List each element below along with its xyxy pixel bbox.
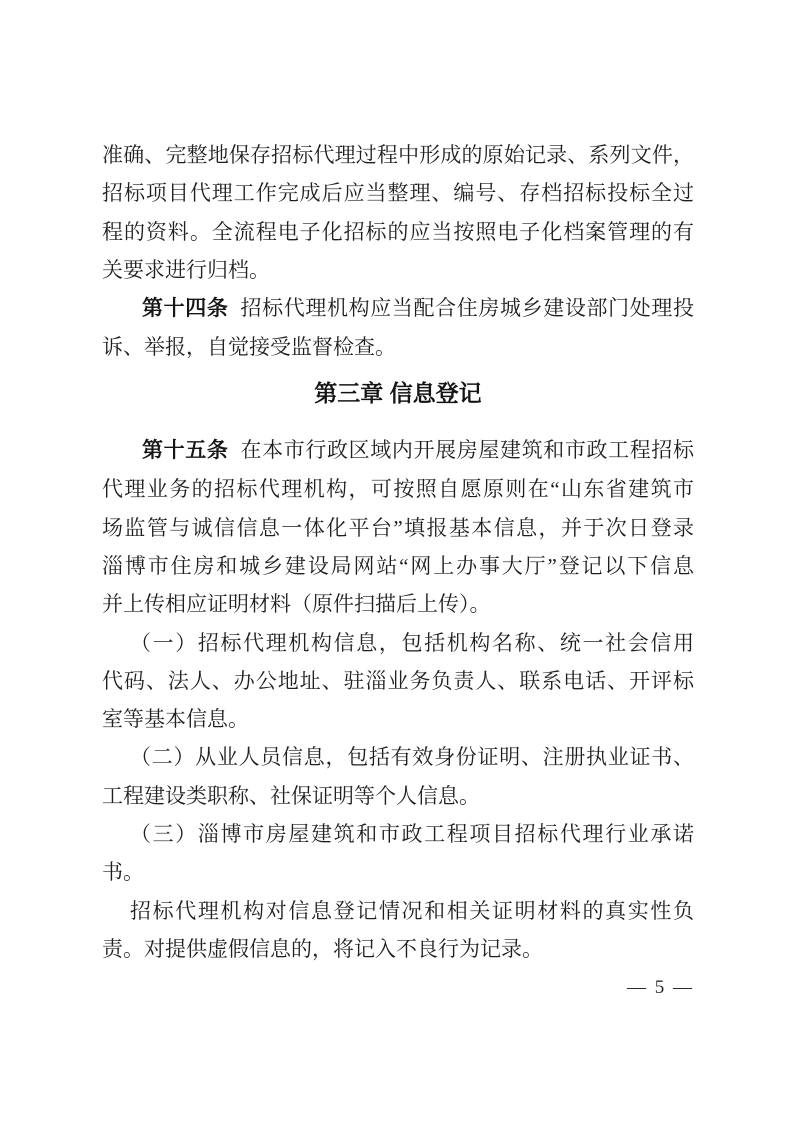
list-item-2: （二）从业人员信息，包括有效身份证明、注册执业证书、 工程建设类职称、社保证明等… <box>102 738 694 815</box>
document-body: 准确、完整地保存招标代理过程中形成的原始记录、系列文件， 招标项目代理工作完成后… <box>102 136 694 968</box>
page-number: — 5 — <box>627 977 694 999</box>
article-14-number: 第十四条 <box>142 297 229 320</box>
article-15-number: 第十五条 <box>142 439 229 462</box>
text-line: 第十五条在本市行政区域内开展房屋建筑和市政工程招标 <box>102 431 694 470</box>
text-line: （一）招标代理机构信息，包括机构名称、统一社会信用 <box>102 624 694 662</box>
text-line: 诉、举报，自觉接受监督检查。 <box>102 328 694 366</box>
text-line: （三）淄博市房屋建筑和市政工程项目招标代理行业承诺 <box>102 815 694 853</box>
text-line: 责。对提供虚假信息的，将记入不良行为记录。 <box>102 930 694 968</box>
text-line: 招标代理机构对信息登记情况和相关证明材料的真实性负 <box>102 892 694 930</box>
text-line: 招标项目代理工作完成后应当整理、编号、存档招标投标全过 <box>102 174 694 212</box>
document-page: 准确、完整地保存招标代理过程中形成的原始记录、系列文件， 招标项目代理工作完成后… <box>0 0 793 1122</box>
text-line: 工程建设类职称、社保证明等个人信息。 <box>102 777 694 815</box>
text-line: 并上传相应证明材料（原件扫描后上传）。 <box>102 585 694 623</box>
text-line: 准确、完整地保存招标代理过程中形成的原始记录、系列文件， <box>102 136 694 174</box>
text-line: 关要求进行归档。 <box>102 251 694 289</box>
chapter-heading: 第三章 信息登记 <box>102 374 694 412</box>
text-line: 第十四条招标代理机构应当配合住房城乡建设部门处理投 <box>102 289 694 328</box>
text-segment: 在本市行政区域内开展房屋建筑和市政工程招标 <box>241 438 695 462</box>
text-line: 淄博市住房和城乡建设局网站“网上办事大厅”登记以下信息 <box>102 547 694 585</box>
list-item-1: （一）招标代理机构信息，包括机构名称、统一社会信用 代码、法人、办公地址、驻淄业… <box>102 624 694 739</box>
paragraph-article-14: 第十四条招标代理机构应当配合住房城乡建设部门处理投 诉、举报，自觉接受监督检查。 <box>102 289 694 367</box>
list-item-3: （三）淄博市房屋建筑和市政工程项目招标代理行业承诺 书。 <box>102 815 694 892</box>
paragraph-accountability: 招标代理机构对信息登记情况和相关证明材料的真实性负 责。对提供虚假信息的，将记入… <box>102 892 694 969</box>
text-line: 代码、法人、办公地址、驻淄业务负责人、联系电话、开评标 <box>102 662 694 700</box>
text-line: 场监管与诚信信息一体化平台”填报基本信息，并于次日登录 <box>102 509 694 547</box>
text-line: 室等基本信息。 <box>102 700 694 738</box>
paragraph-article-15: 第十五条在本市行政区域内开展房屋建筑和市政工程招标 代理业务的招标代理机构，可按… <box>102 431 694 623</box>
text-line: 程的资料。全流程电子化招标的应当按照电子化档案管理的有 <box>102 213 694 251</box>
text-line: 代理业务的招标代理机构，可按照自愿原则在“山东省建筑市 <box>102 470 694 508</box>
text-line: （二）从业人员信息，包括有效身份证明、注册执业证书、 <box>102 738 694 776</box>
text-line: 书。 <box>102 853 694 891</box>
paragraph-archiving: 准确、完整地保存招标代理过程中形成的原始记录、系列文件， 招标项目代理工作完成后… <box>102 136 694 289</box>
text-segment: 招标代理机构应当配合住房城乡建设部门处理投 <box>241 296 695 320</box>
